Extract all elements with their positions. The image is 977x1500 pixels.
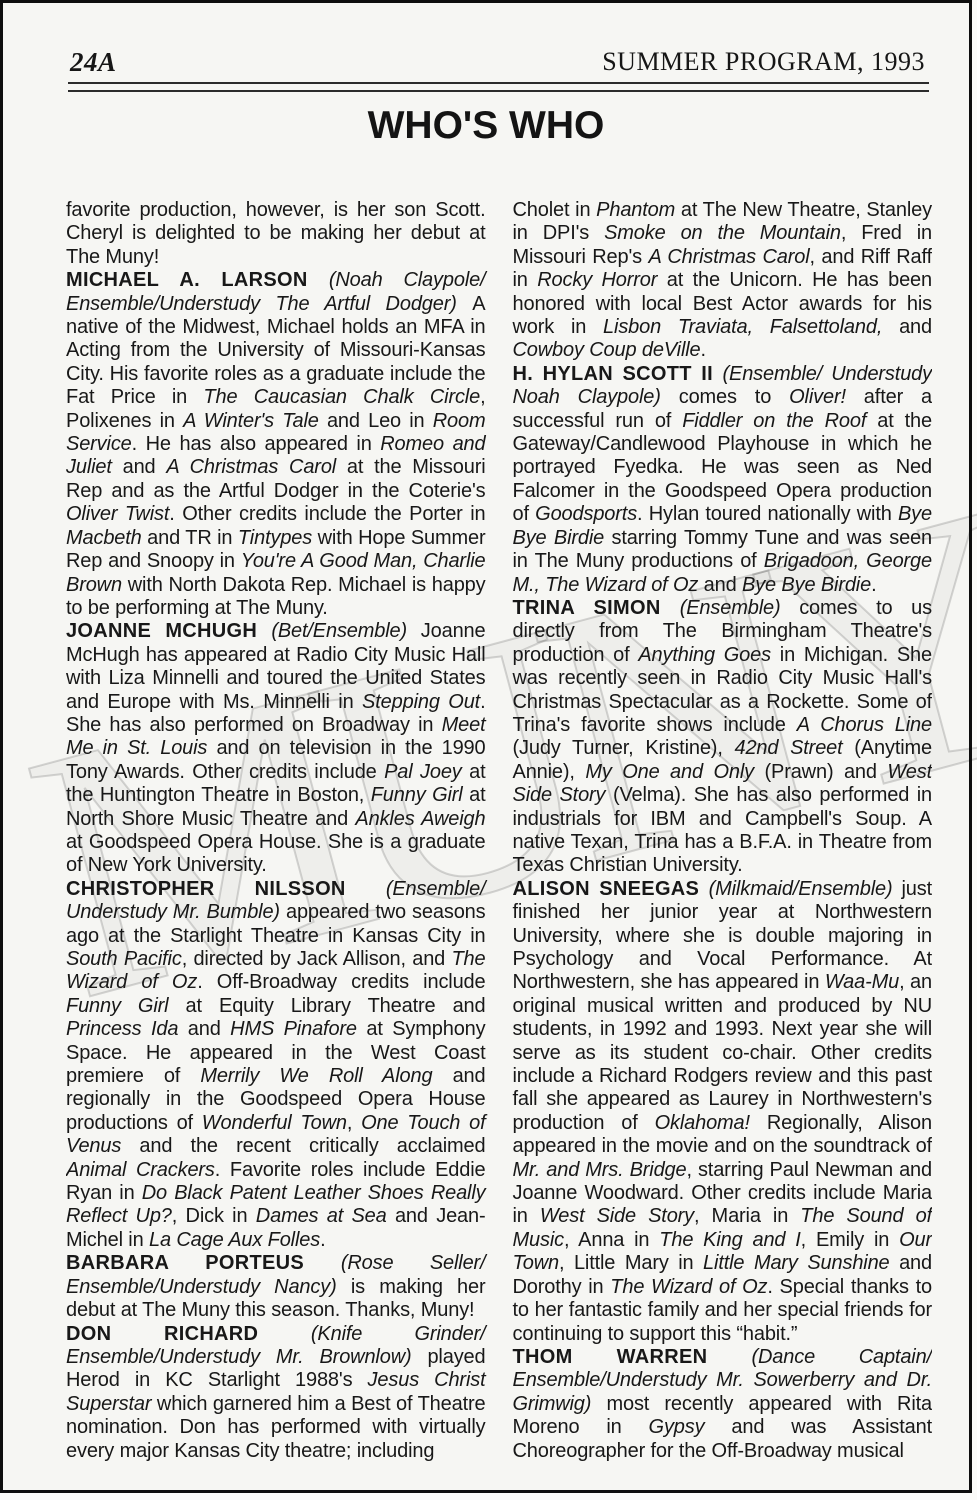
bio-italic-text: Bye Bye Birdie bbox=[742, 574, 871, 596]
bio-text: , Dick in bbox=[172, 1205, 256, 1227]
bio-italic-text: Wonderful Town bbox=[202, 1112, 347, 1134]
bio-italic-text: Oklahoma! bbox=[655, 1112, 750, 1134]
bio-italic-text: Cowboy Coup deVille bbox=[513, 339, 701, 361]
bio-italic-text: (Milkmaid/Ensemble) bbox=[709, 878, 902, 900]
bio-name: H. HYLAN SCOTT II bbox=[513, 363, 723, 385]
bio-text: , Little Mary in bbox=[559, 1252, 703, 1274]
bio-italic-text: HMS Pinafore bbox=[230, 1018, 357, 1040]
bio-italic-text: Little Mary Sunshine bbox=[703, 1252, 889, 1274]
bio-italic-text: Mr. and Mrs. Bridge bbox=[513, 1159, 687, 1181]
bio-text: at Equity Library Theatre and bbox=[168, 995, 485, 1017]
bio-italic-text: La Cage Aux Folles bbox=[149, 1229, 320, 1251]
bio-italic-text: Tintypes bbox=[238, 527, 312, 549]
bio-text: , directed by Jack Allison, and bbox=[182, 948, 452, 970]
left-column: favorite production, however, is her son… bbox=[66, 199, 486, 1487]
header-program-title: SUMMER PROGRAM, 1993 bbox=[602, 47, 925, 77]
bio-entry: ALISON SNEEGAS (Milkmaid/Ensemble) just … bbox=[513, 878, 933, 1346]
bio-text: . Other credits include the Porter in bbox=[169, 503, 485, 525]
bio-italic-text: Anything Goes bbox=[638, 644, 771, 666]
bio-italic-text: South Pacific bbox=[66, 948, 182, 970]
bio-text: , bbox=[347, 1112, 361, 1134]
bio-text: (Judy Turner, Kristine), bbox=[513, 737, 735, 759]
bio-text: and Leo in bbox=[319, 410, 433, 432]
bio-text: , Maria in bbox=[694, 1205, 800, 1227]
bio-entry: Cholet in Phantom at The New Theatre, St… bbox=[513, 199, 933, 363]
bio-italic-text: Lisbon Traviata, Falsettoland, bbox=[603, 316, 882, 338]
bio-italic-text: West Side Story bbox=[540, 1205, 694, 1227]
bio-entry: JOANNE MCHUGH (Bet/Ensemble) Joanne McHu… bbox=[66, 620, 486, 877]
scanned-program-page: 24A SUMMER PROGRAM, 1993 WHO'S WHO MUNY … bbox=[0, 0, 977, 1500]
bio-text: . Hylan toured nationally with bbox=[637, 503, 898, 525]
bio-italic-text: Phantom bbox=[596, 199, 675, 221]
page-number: 24A bbox=[70, 47, 117, 78]
bio-italic-text: A Christmas Carol bbox=[648, 246, 809, 268]
bio-italic-text: A Christmas Carol bbox=[166, 456, 336, 478]
bio-italic-text: Stepping Out bbox=[362, 691, 480, 713]
bio-italic-text: Goodsports bbox=[535, 503, 637, 525]
bio-italic-text: Funny Girl bbox=[371, 784, 463, 806]
bio-columns: favorite production, however, is her son… bbox=[66, 199, 932, 1487]
bio-italic-text: Macbeth bbox=[66, 527, 142, 549]
bio-text: . bbox=[701, 339, 706, 361]
bio-name: BARBARA PORTEUS bbox=[66, 1252, 341, 1274]
bio-italic-text: Dames at Sea bbox=[256, 1205, 387, 1227]
bio-italic-text: Oliver! bbox=[789, 386, 846, 408]
bio-italic-text: The King and I bbox=[659, 1229, 800, 1251]
bio-name: CHRISTOPHER NILSSON bbox=[66, 878, 386, 900]
right-column: Cholet in Phantom at The New Theatre, St… bbox=[513, 199, 933, 1487]
bio-italic-text: Animal Crackers bbox=[66, 1159, 215, 1181]
bio-italic-text: Pal Joey bbox=[384, 761, 462, 783]
bio-entry: H. HYLAN SCOTT II (Ensemble/ Understudy … bbox=[513, 363, 933, 597]
bio-entry: TRINA SIMON (Ensemble) comes to us direc… bbox=[513, 597, 933, 878]
bio-text: . bbox=[871, 574, 876, 596]
bio-entry: DON RICHARD (Knife Grinder/ Ensemble/Und… bbox=[66, 1323, 486, 1463]
bio-text: with North Dakota Rep. Michael is happy … bbox=[66, 574, 486, 619]
bio-text: , Anna in bbox=[564, 1229, 659, 1251]
bio-italic-text: Gypsy bbox=[649, 1416, 705, 1438]
bio-name: THOM WARREN bbox=[513, 1346, 752, 1368]
bio-text: and the recent critically acclaimed bbox=[121, 1135, 485, 1157]
bio-entry: THOM WARREN (Dance Captain/ Ensemble/Und… bbox=[513, 1346, 933, 1463]
bio-italic-text: (Ensemble) bbox=[680, 597, 799, 619]
bio-text: at Goodspeed Opera House. She is a gradu… bbox=[66, 831, 486, 876]
bio-name: ALISON SNEEGAS bbox=[513, 878, 709, 900]
header-rule-top bbox=[68, 82, 929, 84]
bio-italic-text: The Wizard of Oz bbox=[610, 1276, 767, 1298]
bio-italic-text: Fiddler on the Roof bbox=[682, 410, 866, 432]
bio-text: and bbox=[698, 574, 742, 596]
bio-text: . bbox=[320, 1229, 325, 1251]
bio-entry: MICHAEL A. LARSON (Noah Claypole/ Ensemb… bbox=[66, 269, 486, 620]
bio-text: . Off-Broadway credits include bbox=[197, 971, 485, 993]
page-border-frame: 24A SUMMER PROGRAM, 1993 WHO'S WHO MUNY … bbox=[0, 0, 972, 1493]
bio-italic-text: A Chorus Line bbox=[797, 714, 932, 736]
bio-text: , an original musical written and produc… bbox=[513, 971, 933, 1133]
bio-italic-text: Smoke on the Mountain bbox=[604, 222, 841, 244]
bio-text: . He has also appeared in bbox=[132, 433, 381, 455]
bio-name: DON RICHARD bbox=[66, 1323, 311, 1345]
bio-text: and bbox=[178, 1018, 230, 1040]
bio-text: comes to bbox=[679, 386, 789, 408]
bio-italic-text: Oliver Twist bbox=[66, 503, 169, 525]
bio-italic-text: 42nd Street bbox=[734, 737, 842, 759]
bio-text: , Emily in bbox=[801, 1229, 899, 1251]
bio-text: (Prawn) and bbox=[754, 761, 887, 783]
bio-italic-text: Rocky Horror bbox=[537, 269, 657, 291]
header-rule-bottom bbox=[68, 90, 929, 92]
bio-name: MICHAEL A. LARSON bbox=[66, 269, 329, 291]
bio-text: and TR in bbox=[142, 527, 238, 549]
bio-italic-text: Funny Girl bbox=[66, 995, 168, 1017]
bio-entry: BARBARA PORTEUS (Rose Seller/ Ensemble/U… bbox=[66, 1252, 486, 1322]
bio-italic-text: Waa-Mu bbox=[825, 971, 899, 993]
bio-text: favorite production, however, is her son… bbox=[66, 199, 486, 268]
bio-italic-text: Ankles Aweigh bbox=[355, 808, 485, 830]
bio-text: Cholet in bbox=[513, 199, 597, 221]
page-title: WHO'S WHO bbox=[3, 104, 969, 148]
bio-italic-text: The Caucasian Chalk Circle bbox=[203, 386, 480, 408]
bio-name: TRINA SIMON bbox=[513, 597, 680, 619]
bio-name: JOANNE MCHUGH bbox=[66, 620, 271, 642]
bio-text: and bbox=[882, 316, 932, 338]
bio-italic-text: Princess Ida bbox=[66, 1018, 178, 1040]
bio-text: and bbox=[112, 456, 167, 478]
bio-italic-text: Merrily We Roll Along bbox=[200, 1065, 432, 1087]
bio-italic-text: (Bet/Ensemble) bbox=[271, 620, 420, 642]
bio-italic-text: A Winter's Tale bbox=[183, 410, 319, 432]
bio-italic-text: My One and Only bbox=[585, 761, 754, 783]
bio-entry: favorite production, however, is her son… bbox=[66, 199, 486, 269]
bio-entry: CHRISTOPHER NILSSON (Ensemble/ Understud… bbox=[66, 878, 486, 1253]
